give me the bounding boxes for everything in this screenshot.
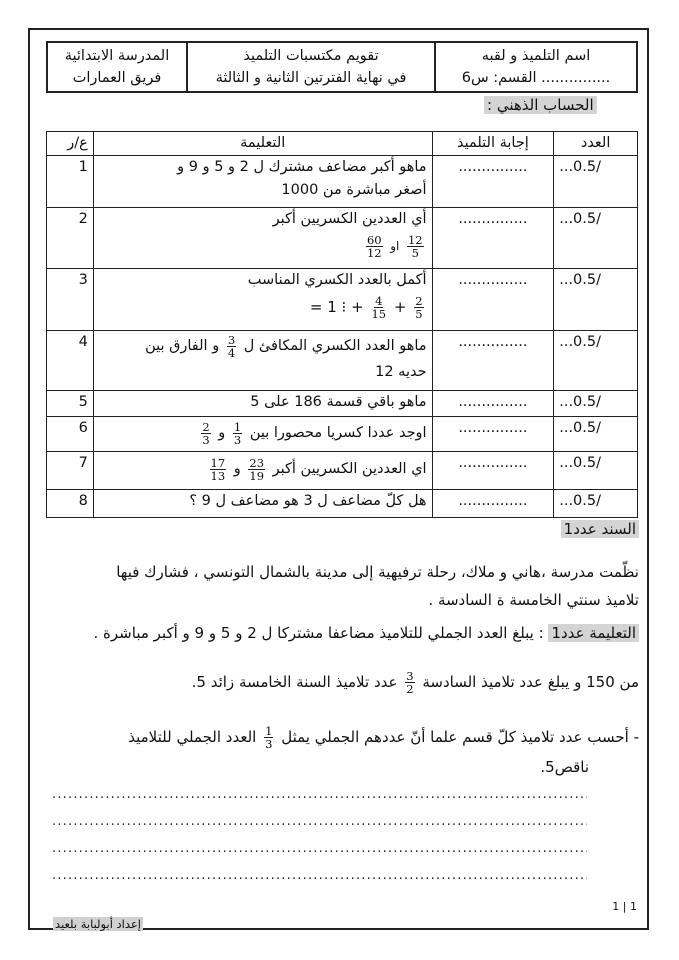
instruction-label: التعليمة عدد1 [548,624,639,642]
instruction-line: ماهو العدد الكسري المكافئ ل 34 و الفارق … [99,331,427,361]
col-answer: إجابة التلميذ [432,132,554,156]
answer-line[interactable]: ........................................… [52,868,587,883]
task-line2: ناقص5. [540,758,589,776]
document-line: تلاميذ سنتي الخامسة ة السادسة . [116,586,639,614]
table-row: 6 اوجد عددا كسريا محصورا بين 13 و 23 ...… [47,417,638,452]
instruction-line: ماهو أكبر مضاعف مشترك ل 2 و 5 و 9 و [99,156,427,179]
title-cell: تقويم مكتسبات التلميذ في نهاية الفترتين … [187,42,435,92]
row-instruction: ماهو العدد الكسري المكافئ ل 34 و الفارق … [93,331,432,391]
row-instruction: ماهو أكبر مضاعف مشترك ل 2 و 5 و 9 و أصغر… [93,156,432,208]
header-table: المدرسة الابتدائية فريق العمارات تقويم م… [46,41,638,93]
fraction: 32 [405,670,414,695]
answer-line[interactable]: ........................................… [52,787,587,802]
answer-field[interactable]: ............... [432,391,554,417]
row-instruction: هل كلّ مضاعف ل 3 هو مضاعف ل 9 ؟ [93,490,432,518]
instruction-line: حديه 12 [99,361,427,384]
questions-table: ع/ر التعليمة إجابة التلميذ العدد 1 ماهو … [46,131,638,518]
school-location: فريق العمارات [52,67,182,89]
answer-line[interactable]: ........................................… [52,841,587,856]
fraction: 25 [414,295,423,320]
table-row: 4 ماهو العدد الكسري المكافئ ل 34 و الفار… [47,331,638,391]
exam-title: تقويم مكتسبات التلميذ [192,45,430,67]
points-field: ...0.5/ [554,156,638,208]
answer-field[interactable]: ............... [432,156,554,208]
school-name: المدرسة الابتدائية [52,45,182,67]
table-row: 5 ماهو باقي قسمة 186 على 5 .............… [47,391,638,417]
table-row: 2 أي العددين الكسريين أكبر 125 او 6012 .… [47,208,638,269]
instruction1-line2: من 150 و يبلغ عدد تلاميذ السادسة 32 عدد … [192,665,639,699]
answer-line[interactable]: ........................................… [52,814,587,829]
row-number: 6 [47,417,94,452]
student-cell: اسم التلميذ و لقبه ............... القسم… [435,42,637,92]
fraction-line: 125 او 6012 [99,231,427,261]
answer-field[interactable]: ............... [432,208,554,269]
points-field: ...0.5/ [554,452,638,490]
page-number: 1 | 1 [612,900,637,913]
table-header-row: ع/ر التعليمة إجابة التلميذ العدد [47,132,638,156]
author-credit: إعداد أبولبابة بلعيد [53,917,143,931]
school-cell: المدرسة الابتدائية فريق العمارات [47,42,187,92]
fraction: 34 [227,334,236,359]
equation-result: = 1 [310,298,337,316]
answer-field[interactable]: ............... [432,417,554,452]
task-line: - أحسب عدد تلاميذ كلّ قسم علما أنّ عددهم… [128,720,639,754]
row-number: 7 [47,452,94,490]
row-instruction: أي العددين الكسريين أكبر 125 او 6012 [93,208,432,269]
fraction: 125 [407,234,424,259]
fraction: 415 [371,295,386,320]
table-row: 8 هل كلّ مضاعف ل 3 هو مضاعف ل 9 ؟ ......… [47,490,638,518]
row-number: 3 [47,269,94,331]
instruction-line: أكمل بالعدد الكسري المناسب [99,269,427,292]
row-number: 5 [47,391,94,417]
mental-calc-title: الحساب الذهني : [484,96,597,114]
row-instruction: أكمل بالعدد الكسري المناسب 25 + 415 + ⁝ … [93,269,432,331]
points-field: ...0.5/ [554,208,638,269]
fraction: 13 [264,725,273,750]
connector: او [390,239,399,253]
instruction-line: اي العددين الكسريين أكبر 2319 و 1713 [99,452,427,487]
table-row: 3 أكمل بالعدد الكسري المناسب 25 + 415 + … [47,269,638,331]
row-number: 1 [47,156,94,208]
table-row: 7 اي العددين الكسريين أكبر 2319 و 1713 .… [47,452,638,490]
document-line: نظّمت مدرسة ،هاني و ملاك، رحلة ترفيهية إ… [116,558,639,586]
col-points: العدد [554,132,638,156]
instruction1-line: التعليمة عدد1 : يبلغ العدد الجملي للتلام… [94,624,639,642]
fraction: 1713 [210,457,227,482]
document-title: السند عدد1 [561,520,639,538]
instruction-text: : يبلغ العدد الجملي للتلاميذ مضاعفا مشتر… [94,624,544,642]
table-row: 1 ماهو أكبر مضاعف مشترك ل 2 و 5 و 9 و أص… [47,156,638,208]
instruction-line: أصغر مباشرة من 1000 [99,179,427,202]
col-number: ع/ر [47,132,94,156]
fraction: 23 [201,421,210,446]
row-instruction: اي العددين الكسريين أكبر 2319 و 1713 [93,452,432,490]
answer-field[interactable]: ............... [432,452,554,490]
row-instruction: اوجد عددا كسريا محصورا بين 13 و 23 [93,417,432,452]
instruction-line: أي العددين الكسريين أكبر [99,208,427,231]
answer-field[interactable]: ............... [432,269,554,331]
row-number: 8 [47,490,94,518]
student-name-label: اسم التلميذ و لقبه [440,45,632,67]
points-field: ...0.5/ [554,490,638,518]
equation-line: 25 + 415 + ⁝ = 1 [99,292,427,322]
points-field: ...0.5/ [554,269,638,331]
class-field[interactable]: ............... القسم: س6 [440,67,632,89]
answer-field[interactable]: ............... [432,490,554,518]
fraction: 2319 [248,457,265,482]
blank-fraction-field[interactable]: ⁝ [342,298,347,316]
exam-subtitle: في نهاية الفترتين الثانية و الثالثة [192,67,430,89]
row-number: 2 [47,208,94,269]
points-field: ...0.5/ [554,391,638,417]
points-field: ...0.5/ [554,331,638,391]
instruction-line: اوجد عددا كسريا محصورا بين 13 و 23 [99,417,427,449]
fraction: 13 [233,421,242,446]
fraction: 6012 [366,234,383,259]
row-number: 4 [47,331,94,391]
row-instruction: ماهو باقي قسمة 186 على 5 [93,391,432,417]
answer-field[interactable]: ............... [432,331,554,391]
document-text: نظّمت مدرسة ،هاني و ملاك، رحلة ترفيهية إ… [116,558,639,614]
points-field: ...0.5/ [554,417,638,452]
col-instruction: التعليمة [93,132,432,156]
